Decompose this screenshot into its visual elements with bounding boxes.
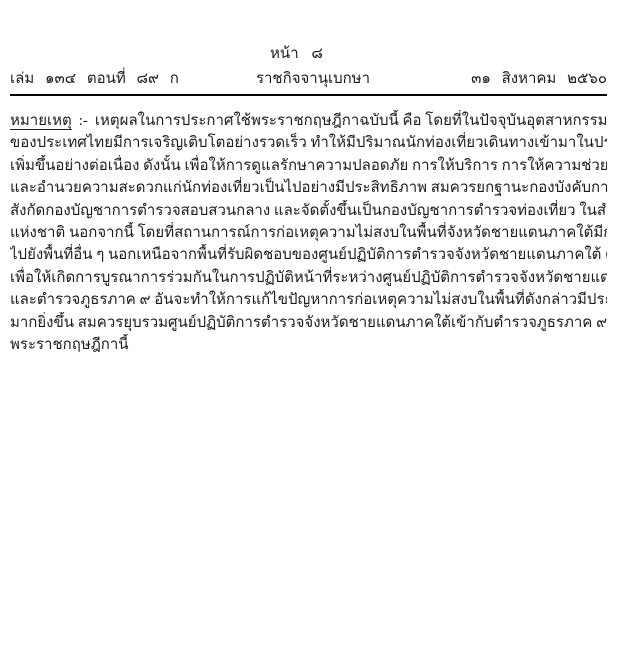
note-section: หมายเหตุ:-เหตุผลในการประกาศใช้พระราชกฤษฎ…: [10, 110, 607, 356]
note-line: แห่งชาติ นอกจากนี้ โดยที่สถานการณ์การก่อ…: [10, 222, 607, 244]
note-line: พระราชกฤษฎีกานี้: [10, 334, 607, 356]
note-first-line-text: เหตุผลในการประกาศใช้พระราชกฤษฎีกาฉบับนี้…: [95, 113, 607, 129]
volume-issue-label: เล่ม ๑๓๔ ตอนที่ ๘๙ ก: [10, 68, 179, 90]
note-line: และอำนวยความสะดวกแก่นักท่องเที่ยวเป็นไปอ…: [10, 177, 607, 199]
header-row: เล่ม ๑๓๔ ตอนที่ ๘๙ ก ราชกิจจานุเบกษา ๓๑ …: [10, 68, 607, 90]
note-line: เพิ่มขึ้นอย่างต่อเนื่อง ดังนั้น เพื่อให้…: [10, 155, 607, 177]
note-separator: :-: [79, 113, 88, 129]
note-line: สังกัดกองบัญชาการตำรวจสอบสวนกลาง และจัดต…: [10, 200, 607, 222]
note-line: เพื่อให้เกิดการบูรณาการร่วมกันในการปฏิบั…: [10, 267, 607, 289]
page-number-label: หน้า ๘: [0, 44, 595, 65]
note-line: ของประเทศไทยมีการเจริญเติบโตอย่างรวดเร็ว…: [10, 132, 607, 154]
note-line: มากยิ่งขึ้น สมควรยุบรวมศูนย์ปฏิบัติการตำ…: [10, 312, 607, 334]
publication-title: ราชกิจจานุเบกษา: [256, 68, 370, 90]
note-line: หมายเหตุ:-เหตุผลในการประกาศใช้พระราชกฤษฎ…: [10, 110, 607, 132]
note-line: และตำรวจภูธรภาค ๙ อันจะทำให้การแก้ไขปัญห…: [10, 289, 607, 311]
note-line: ไปยังพื้นที่อื่น ๆ นอกเหนือจากพื้นที่รับ…: [10, 244, 607, 266]
gazette-page: หน้า ๘ เล่ม ๑๓๔ ตอนที่ ๘๙ ก ราชกิจจานุเบ…: [0, 0, 617, 657]
header-divider-rule: [10, 94, 607, 96]
publication-date: ๓๑ สิงหาคม ๒๕๖๐: [471, 68, 607, 90]
note-lines: ของประเทศไทยมีการเจริญเติบโตอย่างรวดเร็ว…: [10, 132, 607, 356]
note-label: หมายเหตุ: [10, 113, 72, 129]
